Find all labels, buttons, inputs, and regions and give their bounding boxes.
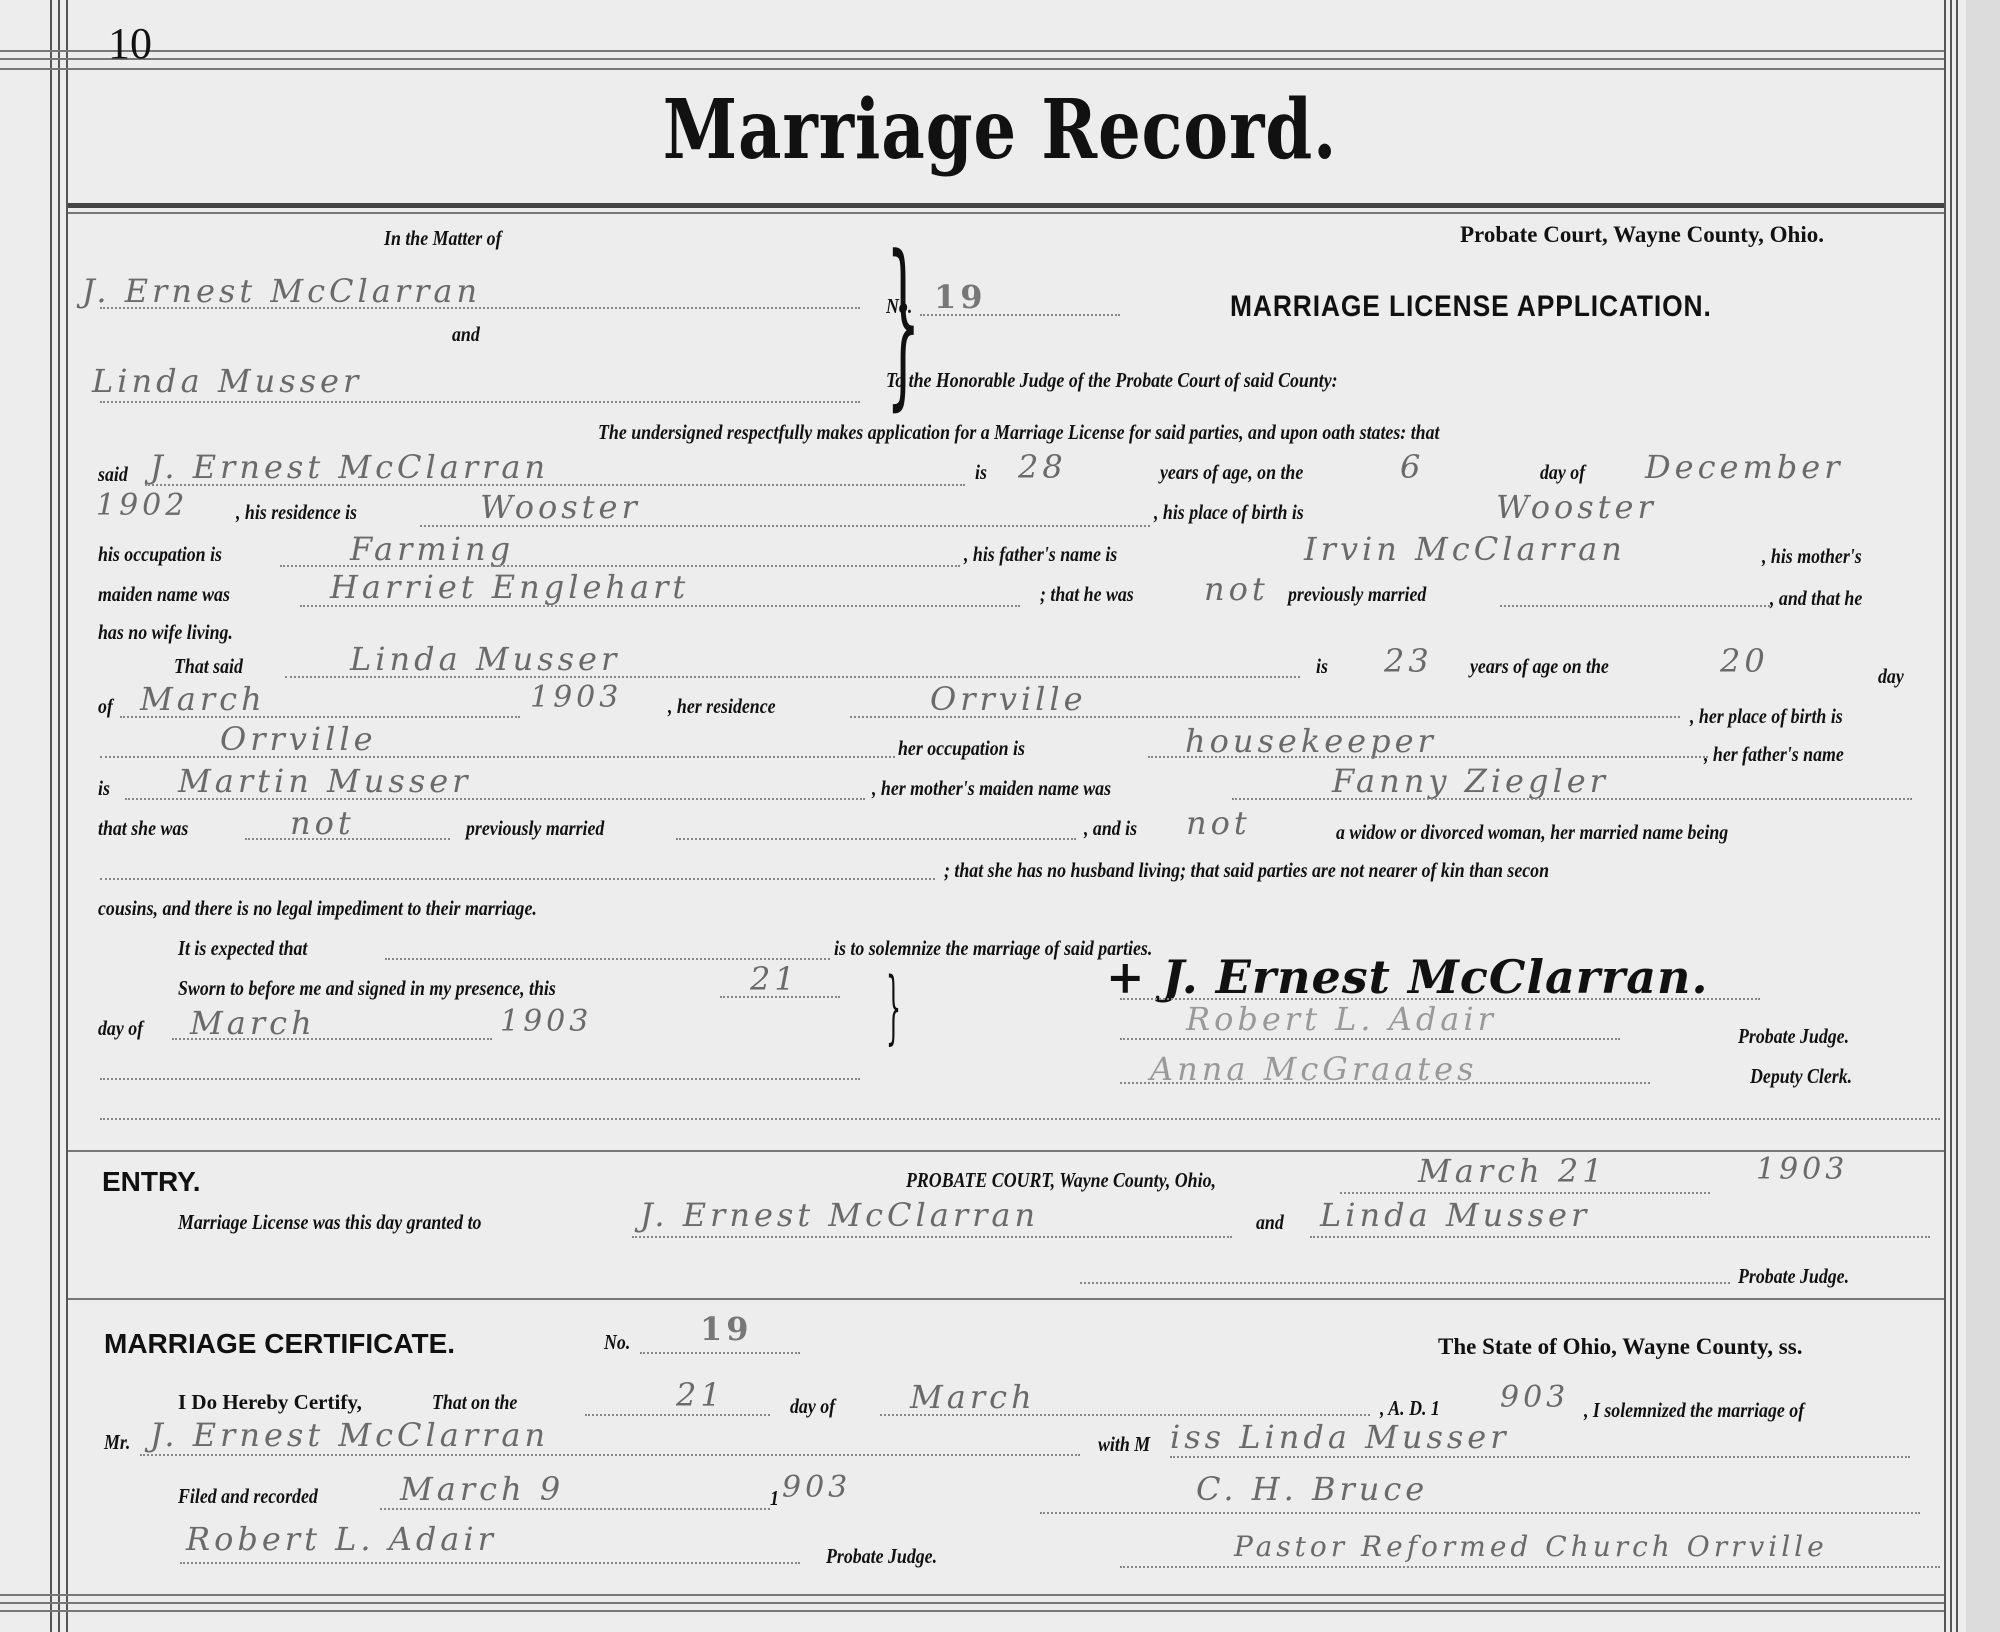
field-line [245,838,450,840]
father-label: , his father's name is [964,542,1117,567]
bride-birth-year: 1903 [530,680,622,715]
bride-birth-day: 20 [1720,642,1769,680]
bride-residence: Orrville [930,680,1087,718]
court-header: Probate Court, Wayne County, Ohio. [1460,222,1824,248]
field-line [1310,1236,1930,1238]
certificate-day: 21 [676,1376,725,1414]
deputy-clerk-label: Deputy Clerk. [1750,1064,1852,1089]
field-line [145,484,965,486]
groom-name-header: J. Ernest McClarran [82,272,481,310]
field-line [100,756,895,758]
signature-line [1120,1566,1940,1568]
bride-birthplace: Orrville [220,720,377,758]
widow-label: a widow or divorced woman, her married n… [1336,820,1728,845]
and-label: and [1256,1210,1284,1235]
field-line [100,1078,860,1080]
field-line [280,565,960,567]
section-rule [68,1150,1944,1152]
that-on-the-label: That on the [432,1390,517,1415]
groom-father: Irvin McClarran [1304,530,1626,568]
header-rule [0,58,1944,60]
field-line [880,1414,1370,1416]
age-label: years of age on the [1470,654,1609,679]
bride-occupation: housekeeper [1185,722,1437,760]
judge-signature: Robert L. Adair [1186,1000,1497,1038]
field-line [1170,1456,1910,1458]
field-line [1340,1192,1710,1194]
certificate-year: 903 [1500,1380,1569,1415]
page-title: Marriage Record. [180,82,1820,178]
field-line [1500,605,1770,607]
application-number: 19 [934,278,987,316]
marriage-record-page: 10 Marriage Record. In the Matter of J. … [0,0,2000,1632]
entry-heading: ENTRY. [102,1166,201,1198]
mother-label: , his mother's [1762,544,1862,569]
that-she-was-label: that she was [98,816,188,841]
right-margin-rule [1944,0,1946,1632]
application-heading: MARRIAGE LICENSE APPLICATION. [1230,290,1712,324]
left-margin-rule [66,0,68,1632]
number-line [640,1352,800,1354]
applicant-signature: + J. Ernest McClarran. [1106,950,1709,1004]
certificate-bride: iss Linda Musser [1170,1418,1510,1456]
prev-married-label: ; that he was [1040,582,1134,607]
certificate-number: 19 [700,1310,753,1348]
number-label: No. [886,294,912,319]
entry-groom: J. Ernest McClarran [640,1196,1039,1234]
field-line [1148,756,1708,758]
entry-year: 1903 [1756,1152,1848,1187]
entry-date: March 21 [1418,1152,1607,1190]
certify-label: I Do Hereby Certify, [178,1390,362,1415]
day-of-label: day of [98,1016,143,1041]
bottom-rule [0,1610,1944,1612]
granted-label: Marriage License was this day granted to [178,1210,481,1235]
officiant-signature: C. H. Bruce [1196,1470,1428,1508]
and-is-label: , and is [1084,816,1137,841]
groom-name: J. Ernest McClarran [150,448,549,486]
filed-recorded-label: Filed and recorded [178,1484,318,1509]
officiant-title: Pastor Reformed Church Orrville [1234,1530,1828,1563]
bride-name-header: Linda Musser [92,362,362,400]
entry-court-label: PROBATE COURT, Wayne County, Ohio, [906,1168,1216,1193]
field-line [100,878,935,880]
day-of-label: day of [1540,460,1585,485]
bride-line [100,401,860,403]
is-label: is [98,776,110,801]
bride-birth-month: March [140,680,266,718]
book-gutter [1966,0,2000,1632]
sworn-day: 21 [750,960,799,998]
brace-icon: } [886,218,920,427]
entry-bride: Linda Musser [1320,1196,1590,1234]
field-line [172,1038,492,1040]
signature-line [1040,1512,1920,1514]
groom-birthplace: Wooster [1496,488,1657,526]
groom-residence: Wooster [480,488,641,526]
number-label: No. [604,1330,630,1355]
signature-line [1120,1038,1620,1040]
field-line [420,525,1150,527]
field-line [300,605,1020,607]
maiden-name-label: maiden name was [98,582,230,607]
bride-mother: Fanny Ziegler [1332,762,1609,800]
birthplace-label: , his place of birth is [1154,500,1304,525]
probate-judge-label: Probate Judge. [826,1544,937,1569]
groom-year: 1902 [96,488,188,523]
bride-prev-married: not [290,804,355,842]
year-prefix: 1 [770,1486,779,1511]
mr-label: Mr. [104,1430,130,1455]
section-rule [68,212,1944,214]
and-that-label: , and that he [1770,586,1862,611]
age-label: years of age, on the [1160,460,1303,485]
probate-judge-label: Probate Judge. [1738,1024,1849,1049]
sworn-year: 1903 [500,1004,592,1039]
number-line [920,314,1120,316]
groom-prev-married: not [1204,570,1269,608]
previously-married-label: previously married [466,816,604,841]
solemnize-label: is to solemnize the marriage of said par… [834,936,1152,961]
field-line [720,996,840,998]
birthplace-label: , her place of birth is [1690,704,1843,729]
field-line [1232,798,1912,800]
intro-text: The undersigned respectfully makes appli… [598,420,1439,445]
bride-name: Linda Musser [350,640,620,678]
expected-label: It is expected that [178,936,307,961]
cousins-label: cousins, and there is no legal impedimen… [98,896,537,921]
with-label: with M [1098,1432,1150,1457]
field-line [632,1236,1232,1238]
groom-mother: Harriet Englehart [330,568,689,606]
is-label: is [1316,654,1328,679]
is-label: is [975,460,987,485]
that-said-label: That said [174,654,243,679]
signature-line [1120,1082,1650,1084]
field-line [850,716,1680,718]
solemnized-label: , I solemnized the marriage of [1584,1398,1804,1423]
field-line [140,1454,1080,1456]
occupation-label: his occupation is [98,542,222,567]
field-line [100,1118,1940,1120]
no-husband-label: ; that she has no husband living; that s… [944,858,1549,883]
left-margin-rule [58,0,60,1632]
groom-line [100,307,860,309]
bottom-rule [0,1594,1944,1596]
field-line [676,838,1076,840]
left-margin-rule [50,0,52,1632]
no-wife-label: has no wife living. [98,620,233,645]
day-of-label: day of [790,1394,835,1419]
certificate-month: March [910,1378,1036,1416]
field-line [285,676,1300,678]
in-the-matter-label: In the Matter of [384,226,502,251]
groom-birth-day: 6 [1400,448,1424,486]
state-header: The State of Ohio, Wayne County, ss. [1438,1334,1802,1360]
signature-line [1080,1282,1730,1284]
occupation-label: her occupation is [898,736,1025,761]
brace-icon: } [886,960,901,1053]
filed-date: March 9 [400,1470,564,1508]
bride-father: Martin Musser [178,762,471,800]
page-number: 10 [108,18,152,69]
right-margin-rule [1956,0,1958,1632]
bottom-rule [0,1602,1944,1604]
header-rule [0,68,1944,70]
certificate-groom: J. Ernest McClarran [150,1416,549,1454]
certificate-heading: MARRIAGE CERTIFICATE. [104,1328,455,1360]
residence-label: , his residence is [236,500,357,525]
groom-occupation: Farming [350,530,514,568]
bride-widow: not [1186,804,1251,842]
residence-label: , her residence [668,694,776,719]
to-judge-label: To the Honorable Judge of the Probate Co… [886,368,1338,393]
bride-age: 23 [1384,642,1433,680]
right-margin-rule [1950,0,1952,1632]
mother-maiden-label: , her mother's maiden name was [872,776,1111,801]
and-label: and [452,322,480,347]
field-line [380,1508,770,1510]
day-label: day [1878,664,1904,689]
groom-birth-month: December [1645,448,1844,486]
father-label: , her father's name [1704,742,1844,767]
section-rule [68,203,1944,208]
field-line [125,798,865,800]
header-rule [0,50,1944,52]
section-rule [68,1298,1944,1300]
field-line [585,1414,770,1416]
certificate-judge-signature: Robert L. Adair [186,1520,497,1558]
sworn-label: Sworn to before me and signed in my pres… [178,976,556,1001]
signature-line [180,1562,800,1564]
probate-judge-label: Probate Judge. [1738,1264,1849,1289]
groom-age: 28 [1018,448,1067,486]
said-label: said [98,462,128,487]
previously-married-label: previously married [1288,582,1426,607]
of-label: of [98,694,113,719]
field-line [120,716,520,718]
sworn-month: March [190,1004,316,1042]
filed-year: 903 [782,1470,851,1505]
